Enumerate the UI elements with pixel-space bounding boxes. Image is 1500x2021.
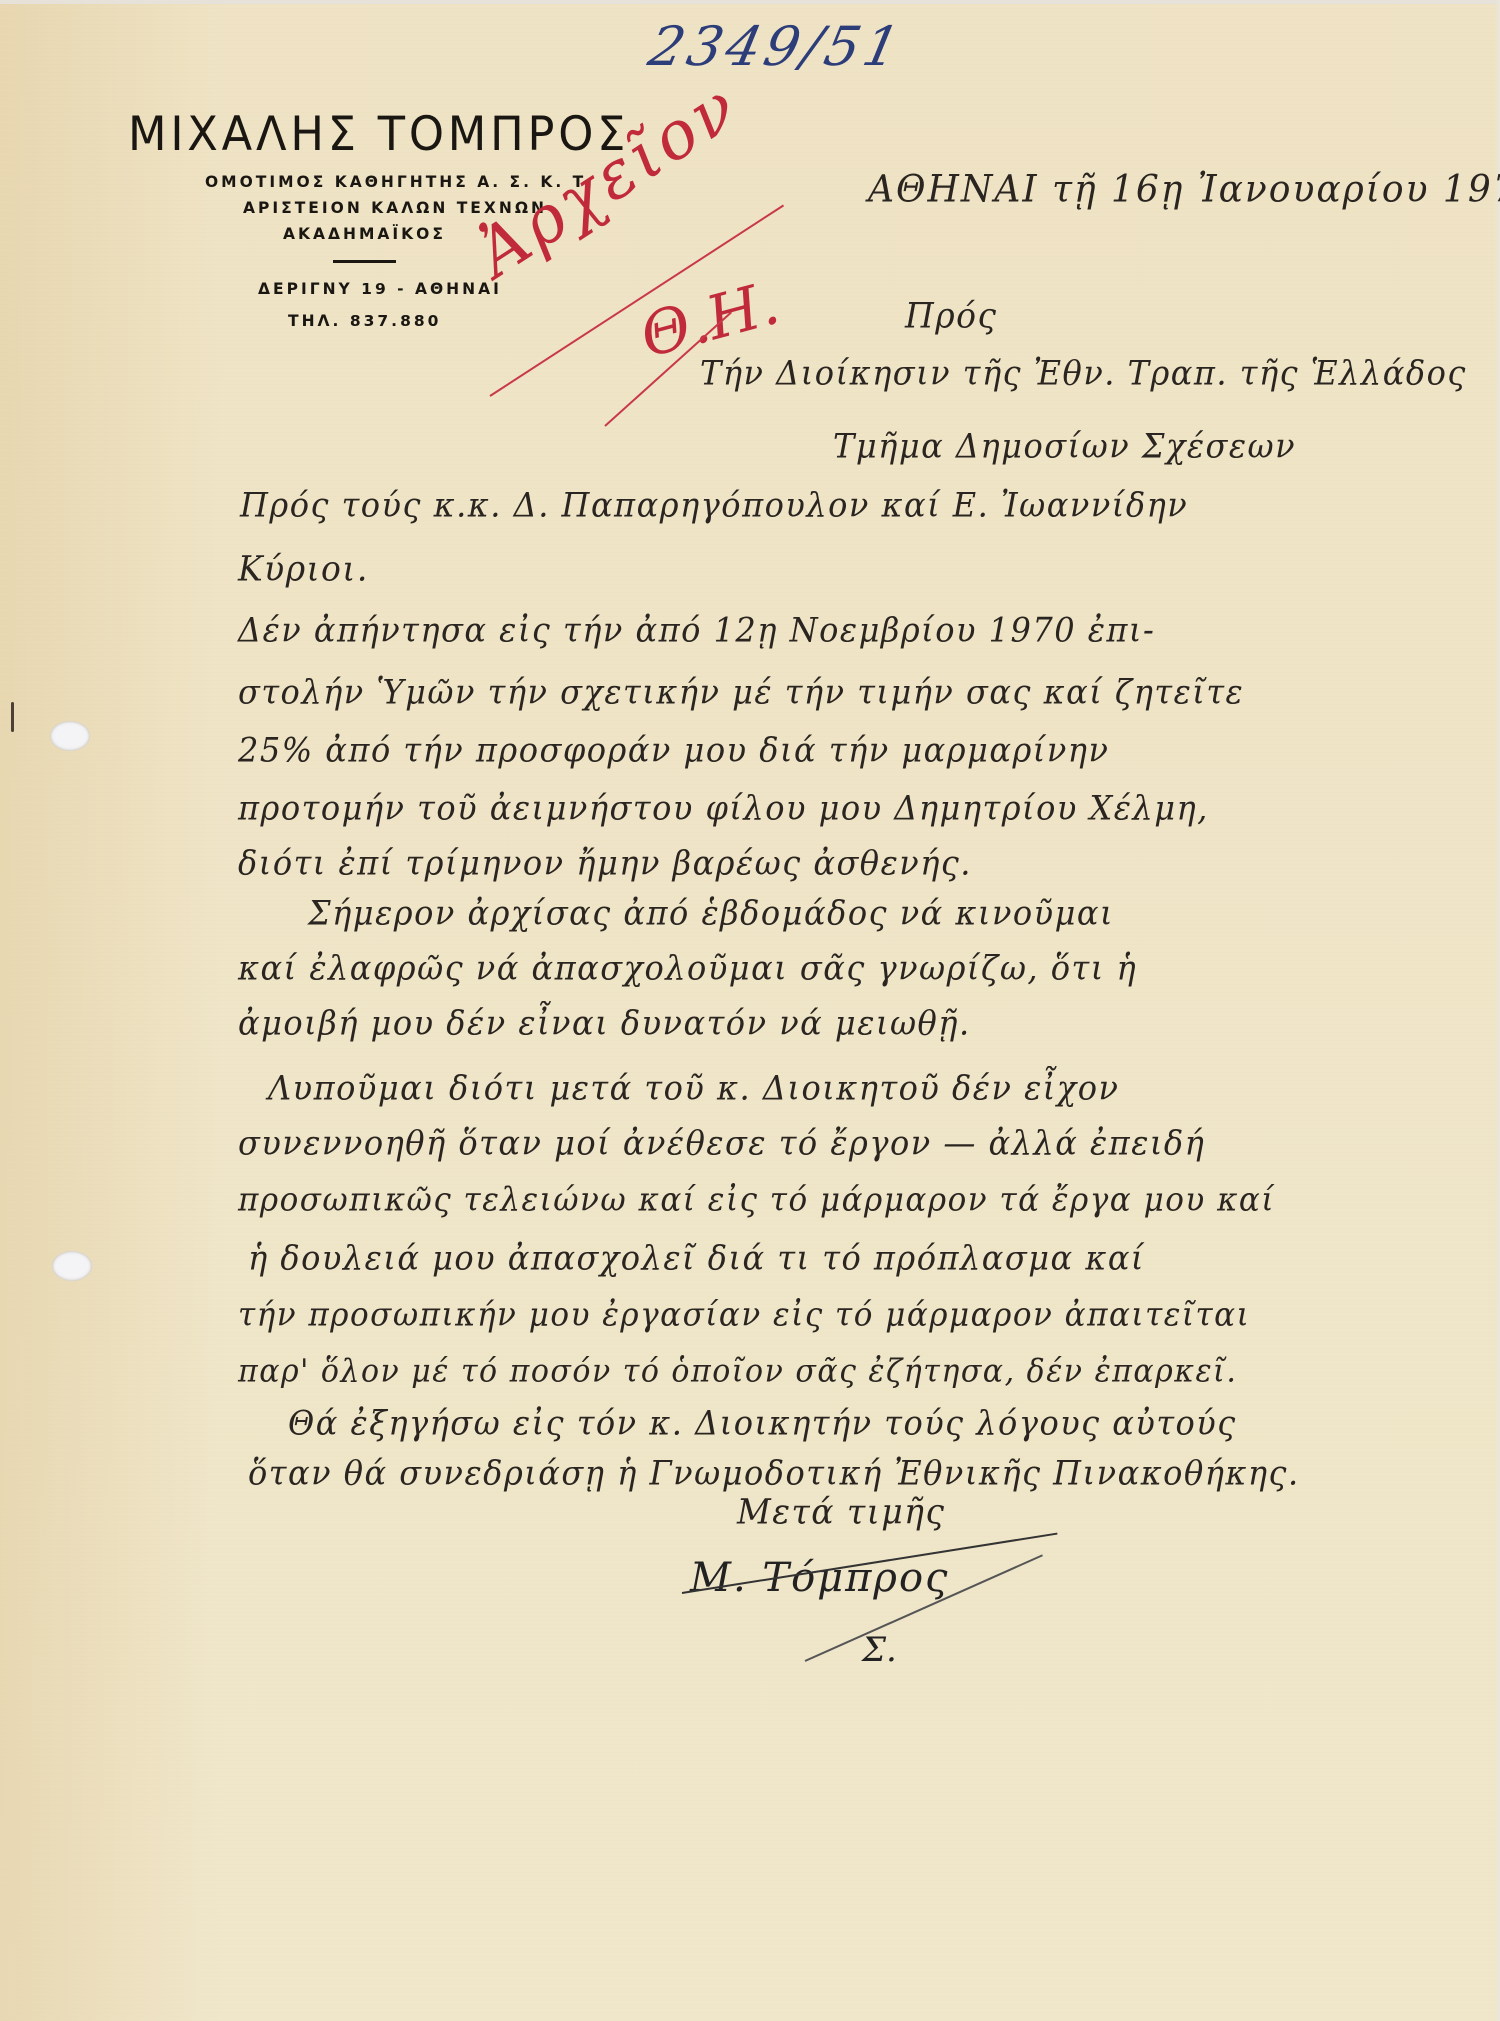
signature-initial: Σ. xyxy=(862,1630,897,1670)
margin-pencil-mark xyxy=(11,702,14,732)
letterhead-title-3: ΑΚΑΔΗΜΑΪΚΟΣ xyxy=(283,225,446,243)
body-line: Λυποῦμαι διότι μετά τοῦ κ. Διοικητοῦ δέν… xyxy=(268,1068,1119,1108)
body-line: ἀμοιβή μου δέν εἶναι δυνατόν νά μειωθῇ. xyxy=(238,1003,971,1043)
signature: Μ. Τόμπρος xyxy=(690,1555,949,1601)
recipient-heading: Πρός xyxy=(905,295,998,336)
page-top-edge xyxy=(0,0,1500,4)
body-line: στολήν Ὑμῶν τήν σχετικήν μέ τήν τιμήν σα… xyxy=(238,672,1244,712)
body-line: Θά ἐξηγήσω εἰς τόν κ. Διοικητήν τούς λόγ… xyxy=(288,1403,1237,1443)
body-line: διότι ἐπί τρίμηνον ἤμην βαρέως ἀσθενής. xyxy=(238,843,972,883)
salutation: Κύριοι. xyxy=(238,548,369,589)
date-line: ΑΘΗΝΑΙ τῇ 16ῃ Ἰανουαρίου 1971 xyxy=(868,168,1500,211)
body-line: προτομήν τοῦ ἀειμνήστου φίλου μου Δημητρ… xyxy=(238,788,1209,828)
body-line: προσωπικῶς τελειώνω καί εἰς τό μάρμαρον … xyxy=(238,1181,1275,1219)
closing: Μετά τιμῆς xyxy=(737,1491,945,1532)
body-line: καί ἐλαφρῶς νά ἀπασχολοῦμαι σᾶς γνωρίζω,… xyxy=(238,948,1137,988)
letterhead-divider xyxy=(333,260,396,263)
recipient-attention: Πρός τούς κ.κ. Δ. Παπαρηγόπουλον καί Ε. … xyxy=(240,485,1188,525)
body-line: Σήμερον ἀρχίσας ἀπό ἑβδομάδος νά κινοῦμα… xyxy=(308,893,1114,933)
body-line: τήν προσωπικήν μου ἐργασίαν εἰς τό μάρμα… xyxy=(238,1296,1250,1334)
letterhead-phone: ΤΗΛ. 837.880 xyxy=(288,312,441,330)
page-right-edge xyxy=(1495,0,1500,2021)
recipient-line-1: Τήν Διοίκησιν τῆς Ἐθν. Τραπ. τῆς Ἑλλάδος xyxy=(700,353,1467,393)
letterhead-name: ΜΙΧΑΛΗΣ ΤΟΜΠΡΟΣ xyxy=(128,107,629,162)
body-line: ὅταν θά συνεδριάσῃ ἡ Γνωμοδοτική Ἐθνικῆς… xyxy=(248,1453,1300,1493)
body-line: Δέν ἀπήντησα εἰς τήν ἀπό 12ῃ Νοεμβρίου 1… xyxy=(238,610,1155,650)
punch-hole-top xyxy=(50,721,90,751)
recipient-line-2: Τμῆμα Δημοσίων Σχέσεων xyxy=(833,426,1296,466)
body-line: συνεννοηθῆ ὅταν μοί ἀνέθεσε τό ἔργον — ἀ… xyxy=(238,1123,1205,1163)
body-line: παρ' ὅλον μέ τό ποσόν τό ὁποῖον σᾶς ἐζήτ… xyxy=(238,1353,1237,1390)
archive-number: 2349/51 xyxy=(643,15,909,78)
punch-hole-bottom xyxy=(52,1251,92,1281)
body-line: ἡ δουλειά μου ἀπασχολεῖ διά τι τό πρόπλα… xyxy=(248,1238,1145,1278)
body-line: 25% ἀπό τήν προσφοράν μου διά τήν μαρμαρ… xyxy=(238,730,1109,770)
letterhead-address: ΔΕΡΙΓΝΥ 19 - ΑΘΗΝΑΙ xyxy=(258,280,502,298)
